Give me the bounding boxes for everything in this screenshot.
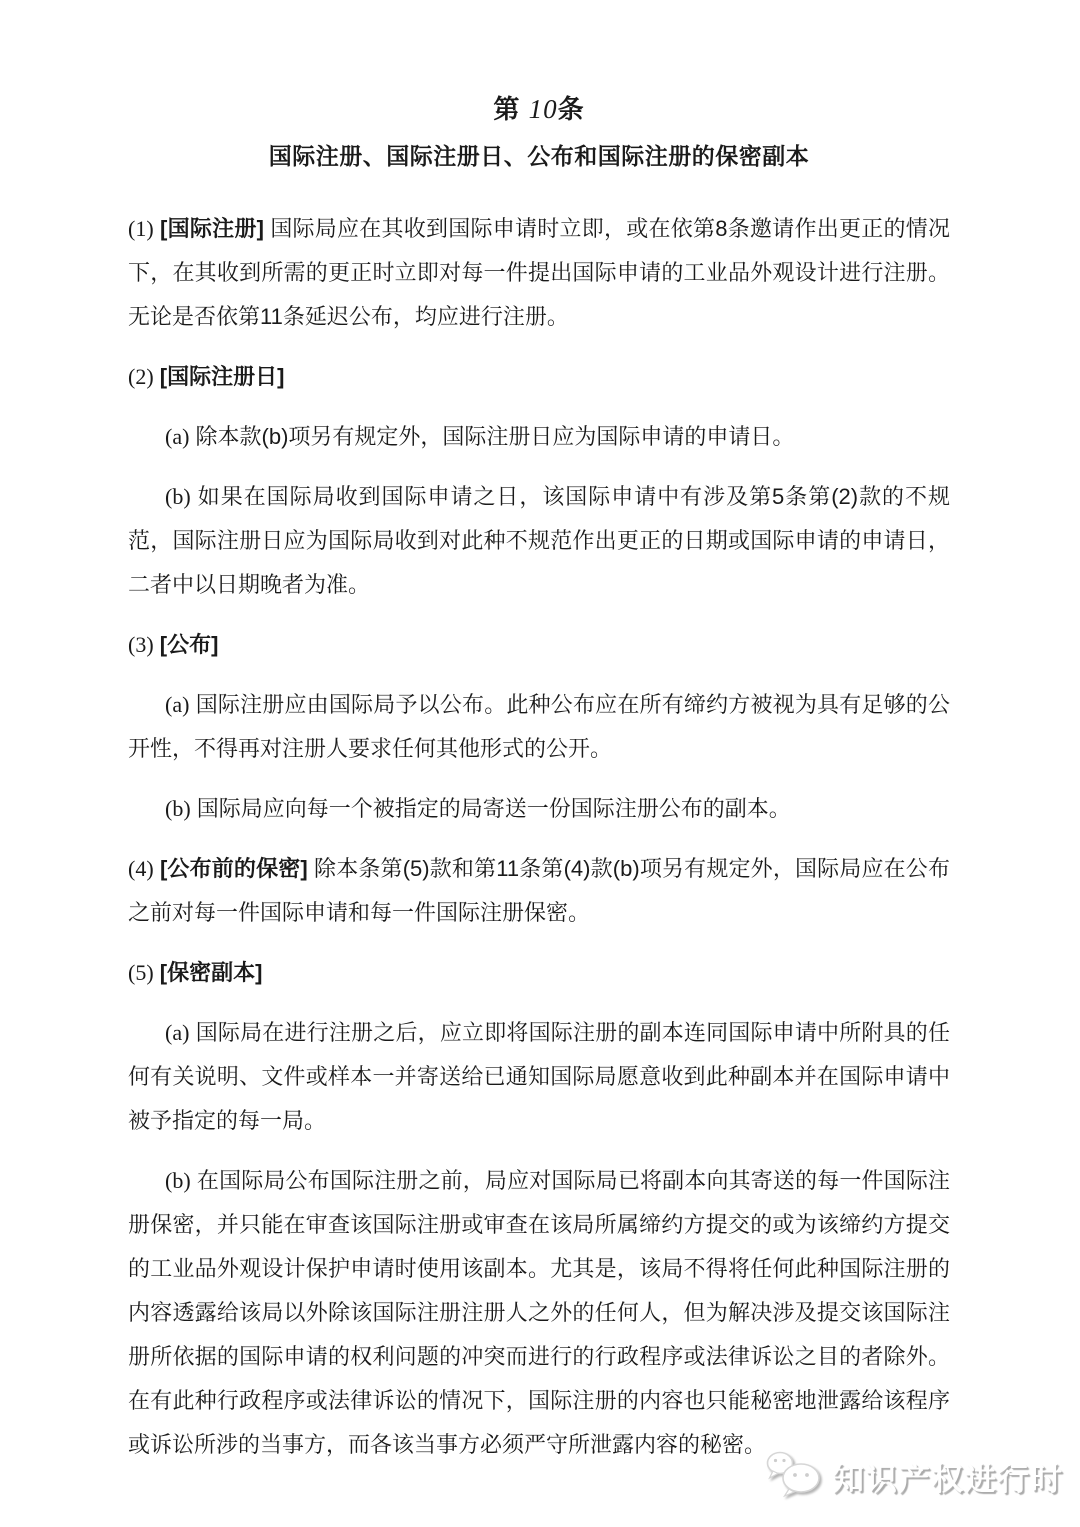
paragraph-number: (b)	[165, 1168, 191, 1193]
paragraph-label: [公布前的保密]	[160, 856, 308, 881]
paragraph-2b: (b) 如果在国际局收到国际申请之日，该国际申请中有涉及第5条第(2)款的不规范…	[128, 475, 950, 607]
paragraph-3b: (b) 国际局应向每一个被指定的局寄送一份国际注册公布的副本。	[128, 787, 950, 831]
paragraph-label: [公布]	[160, 632, 219, 657]
paragraph-number: (1)	[128, 216, 154, 241]
paragraph-text: 在国际局公布国际注册之前，局应对国际局已将副本向其寄送的每一件国际注册保密，并只…	[128, 1168, 950, 1457]
paragraph-text: 国际注册应由国际局予以公布。此种公布应在所有缔约方被视为具有足够的公开性，不得再…	[128, 692, 950, 761]
paragraph-text: 国际局在进行注册之后，应立即将国际注册的副本连同国际申请中所附具的任何有关说明、…	[128, 1020, 950, 1133]
paragraph-number: (b)	[165, 484, 191, 509]
paragraph-number: (2)	[128, 364, 154, 389]
paragraph-label: [国际注册]	[160, 216, 264, 241]
paragraph-number: (a)	[165, 692, 189, 717]
paragraph-5: (5) [保密副本]	[128, 951, 950, 995]
paragraph-text: 国际局应向每一个被指定的局寄送一份国际注册公布的副本。	[197, 796, 791, 821]
watermark-text: 知识产权进行时	[833, 1454, 1064, 1499]
wechat-icon	[765, 1450, 823, 1503]
paragraph-5a: (a) 国际局在进行注册之后，应立即将国际注册的副本连同国际申请中所附具的任何有…	[128, 1011, 950, 1143]
article-number-suffix: 条	[558, 94, 585, 124]
paragraph-number: (a)	[165, 424, 189, 449]
paragraph-number: (3)	[128, 632, 154, 657]
document-page: 第 10条 国际注册、国际注册日、公布和国际注册的保密副本 (1) [国际注册]…	[0, 0, 1080, 1467]
paragraph-number: (b)	[165, 796, 191, 821]
paragraph-label: [保密副本]	[160, 960, 263, 985]
paragraph-4: (4) [公布前的保密] 除本条第(5)款和第11条第(4)款(b)项另有规定外…	[128, 847, 950, 935]
paragraph-text: 如果在国际局收到国际申请之日，该国际申请中有涉及第5条第(2)款的不规范，国际注…	[128, 484, 950, 597]
paragraph-number: (a)	[165, 1020, 189, 1045]
article-number-prefix: 第	[493, 94, 520, 124]
paragraph-2: (2) [国际注册日]	[128, 355, 950, 399]
paragraph-5b: (b) 在国际局公布国际注册之前，局应对国际局已将副本向其寄送的每一件国际注册保…	[128, 1159, 950, 1467]
paragraph-2a: (a) 除本款(b)项另有规定外，国际注册日应为国际申请的申请日。	[128, 415, 950, 459]
paragraph-number: (5)	[128, 960, 154, 985]
article-number-value: 10	[529, 94, 558, 124]
paragraph-number: (4)	[128, 856, 154, 881]
paragraph-3a: (a) 国际注册应由国际局予以公布。此种公布应在所有缔约方被视为具有足够的公开性…	[128, 683, 950, 771]
paragraph-text: 除本款(b)项另有规定外，国际注册日应为国际申请的申请日。	[196, 424, 795, 449]
watermark: 知识产权进行时	[765, 1450, 1064, 1503]
article-title: 国际注册、国际注册日、公布和国际注册的保密副本	[128, 139, 950, 173]
paragraph-1: (1) [国际注册] 国际局应在其收到国际申请时立即，或在依第8条邀请作出更正的…	[128, 207, 950, 339]
article-number: 第 10条	[128, 92, 950, 126]
paragraph-label: [国际注册日]	[160, 364, 285, 389]
paragraph-3: (3) [公布]	[128, 623, 950, 667]
article-body: (1) [国际注册] 国际局应在其收到国际申请时立即，或在依第8条邀请作出更正的…	[128, 207, 950, 1467]
